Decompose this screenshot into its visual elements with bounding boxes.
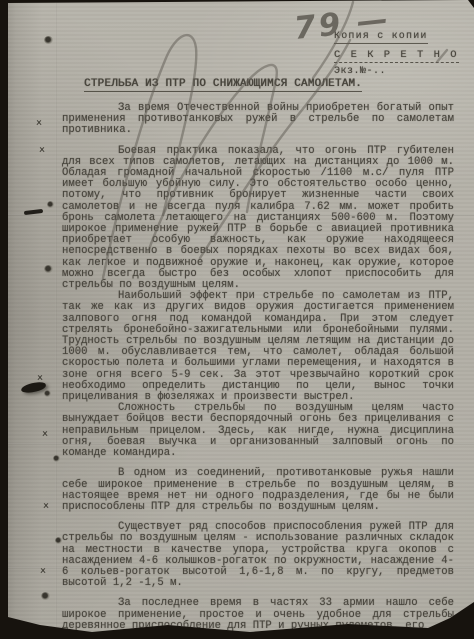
pencil-x-mark bbox=[43, 503, 49, 509]
pencil-x-mark bbox=[40, 568, 46, 574]
punch-hole bbox=[44, 390, 51, 397]
copy-number: Экз.№-.. bbox=[334, 66, 456, 77]
paragraph: За последнее время в частях 33 армии наш… bbox=[62, 598, 454, 632]
paragraph: Боевая практика показала, что огонь ПТР … bbox=[62, 146, 454, 292]
paragraph: За время Отечественной войны приобретен … bbox=[62, 103, 454, 137]
pencil-x-mark bbox=[39, 147, 45, 153]
paragraph: Существует ряд способов приспособления р… bbox=[62, 522, 454, 589]
secrecy-stamp: С Е К Р Е Т Н О bbox=[334, 49, 459, 63]
punch-hole bbox=[47, 201, 54, 208]
punch-hole bbox=[44, 265, 53, 273]
document-body: За время Отечественной войны приобретен … bbox=[62, 103, 454, 632]
pencil-x-mark bbox=[37, 375, 43, 381]
punch-hole bbox=[53, 455, 60, 462]
punch-hole bbox=[41, 592, 50, 600]
punch-hole bbox=[55, 537, 62, 544]
punch-hole bbox=[44, 36, 53, 44]
pencil-x-mark bbox=[42, 431, 48, 437]
scanned-document-page: Копия с копии С Е К Р Е Т Н О Экз.№-.. С… bbox=[0, 0, 474, 639]
document-title: СТРЕЛЬБА ИЗ ПТР ПО СНИЖАЮЩИМСЯ САМОЛЕТАМ… bbox=[84, 78, 362, 92]
pencil-x-mark bbox=[36, 120, 42, 126]
paper-sheet: Копия с копии С Е К Р Е Т Н О Экз.№-.. С… bbox=[0, 0, 474, 639]
paragraph: Наибольший эффект при стрельбе по самоле… bbox=[62, 291, 454, 403]
paragraph: В одном из соединений, противотанковые р… bbox=[62, 468, 454, 513]
ink-blot bbox=[20, 381, 46, 394]
paragraph: Сложность стрельбы по воздушным целям ча… bbox=[62, 403, 454, 459]
